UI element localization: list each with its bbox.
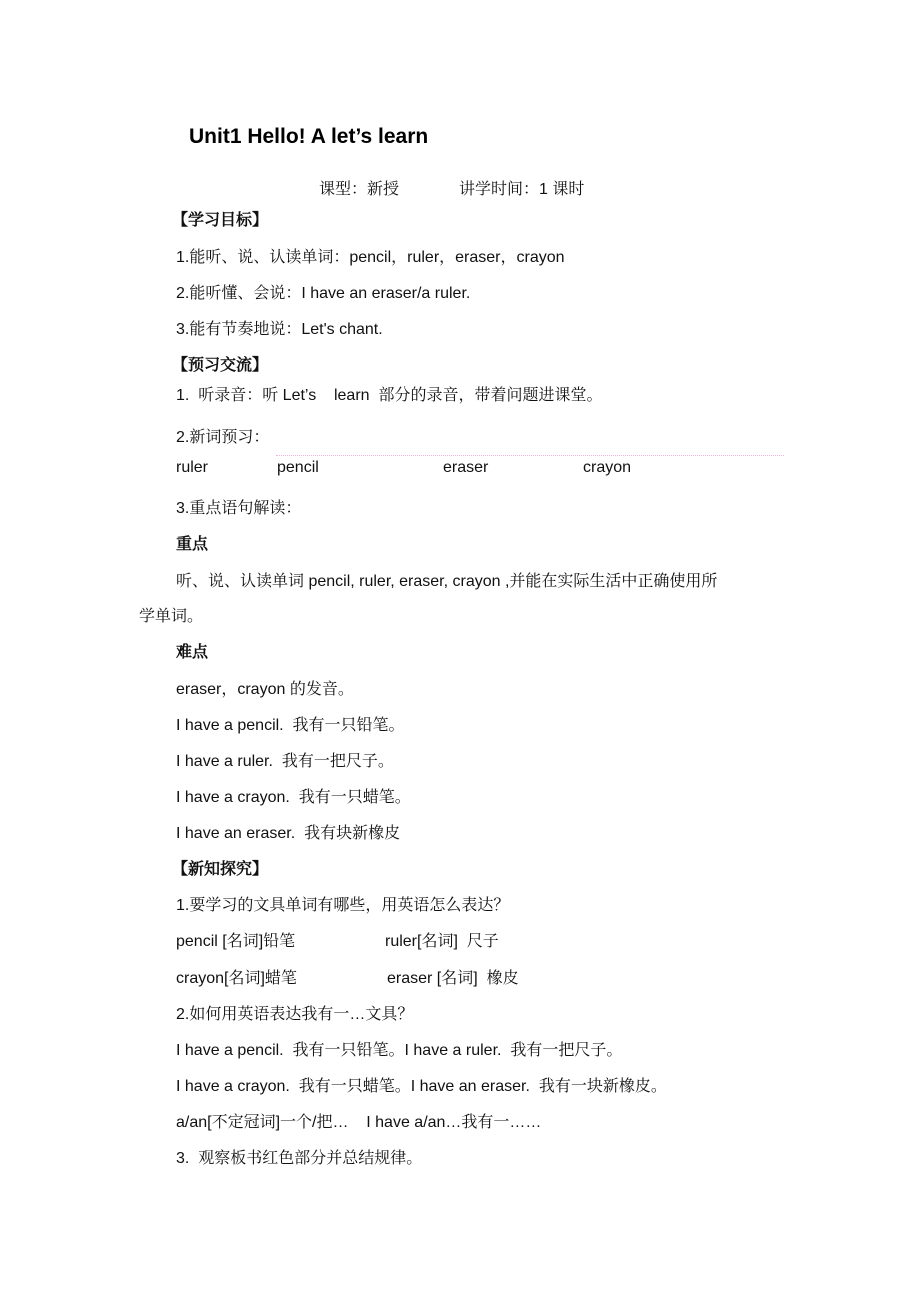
- vocab-word: eraser: [443, 458, 488, 478]
- explore-example: I have a pencil. 我有一只铅笔。I have a ruler. …: [176, 1041, 622, 1061]
- objective-item: 2.能听懂、会说：I have an eraser/a ruler.: [176, 284, 470, 304]
- example-sentence: I have a pencil. 我有一只铅笔。: [176, 716, 405, 736]
- preview-item-key-sentences: 3.重点语句解读：: [176, 499, 301, 519]
- preview-item-vocab-label: 2.新词预习：: [176, 428, 269, 448]
- objective-item: 1.能听、说、认读单词：pencil，ruler，eraser，crayon: [176, 248, 565, 268]
- article-note: a/an[不定冠词]一个/把… I have a/an…我有一……: [176, 1113, 541, 1133]
- explore-question: 1.要学习的文具单词有哪些，用英语怎么表达？: [176, 896, 509, 916]
- explore-example: I have a crayon. 我有一只蜡笔。I have an eraser…: [176, 1077, 667, 1097]
- word-definition: eraser [名词] 橡皮: [387, 969, 519, 989]
- section-heading-preview: 【预习交流】: [172, 356, 268, 376]
- vocab-word: pencil: [277, 458, 319, 478]
- example-sentence: I have an eraser. 我有块新橡皮: [176, 824, 400, 844]
- lesson-type: 课型：新授: [319, 180, 399, 200]
- example-sentence: I have a crayon. 我有一只蜡笔。: [176, 788, 411, 808]
- difficult-point-text: eraser，crayon 的发音。: [176, 680, 354, 700]
- word-definition: ruler[名词] 尺子: [385, 932, 499, 952]
- key-point-text: 听、说、认读单词 pencil, ruler, eraser, crayon ,…: [176, 572, 717, 592]
- explore-question: 3. 观察板书红色部分并总结规律。: [176, 1149, 422, 1169]
- explore-question: 2.如何用英语表达我有一…文具？: [176, 1005, 413, 1025]
- section-heading-objectives: 【学习目标】: [172, 211, 268, 231]
- vocab-word: ruler: [176, 458, 208, 478]
- key-point-heading: 重点: [176, 535, 208, 555]
- preview-item-listen: 1. 听录音：听 Let’s learn 部分的录音，带着问题进课堂。: [176, 386, 602, 406]
- lesson-duration: 讲学时间：1 课时: [459, 180, 584, 200]
- dotted-divider: [276, 455, 784, 456]
- word-definition: pencil [名词]铅笔: [176, 932, 295, 952]
- example-sentence: I have a ruler. 我有一把尺子。: [176, 752, 394, 772]
- document-title: Unit1 Hello! A let’s learn: [189, 123, 428, 151]
- vocab-word: crayon: [583, 458, 631, 478]
- key-point-text-cont: 学单词。: [139, 607, 203, 627]
- section-heading-explore: 【新知探究】: [172, 860, 268, 880]
- difficult-point-heading: 难点: [176, 643, 208, 663]
- word-definition: crayon[名词]蜡笔: [176, 969, 297, 989]
- objective-item: 3.能有节奏地说：Let's chant.: [176, 320, 383, 340]
